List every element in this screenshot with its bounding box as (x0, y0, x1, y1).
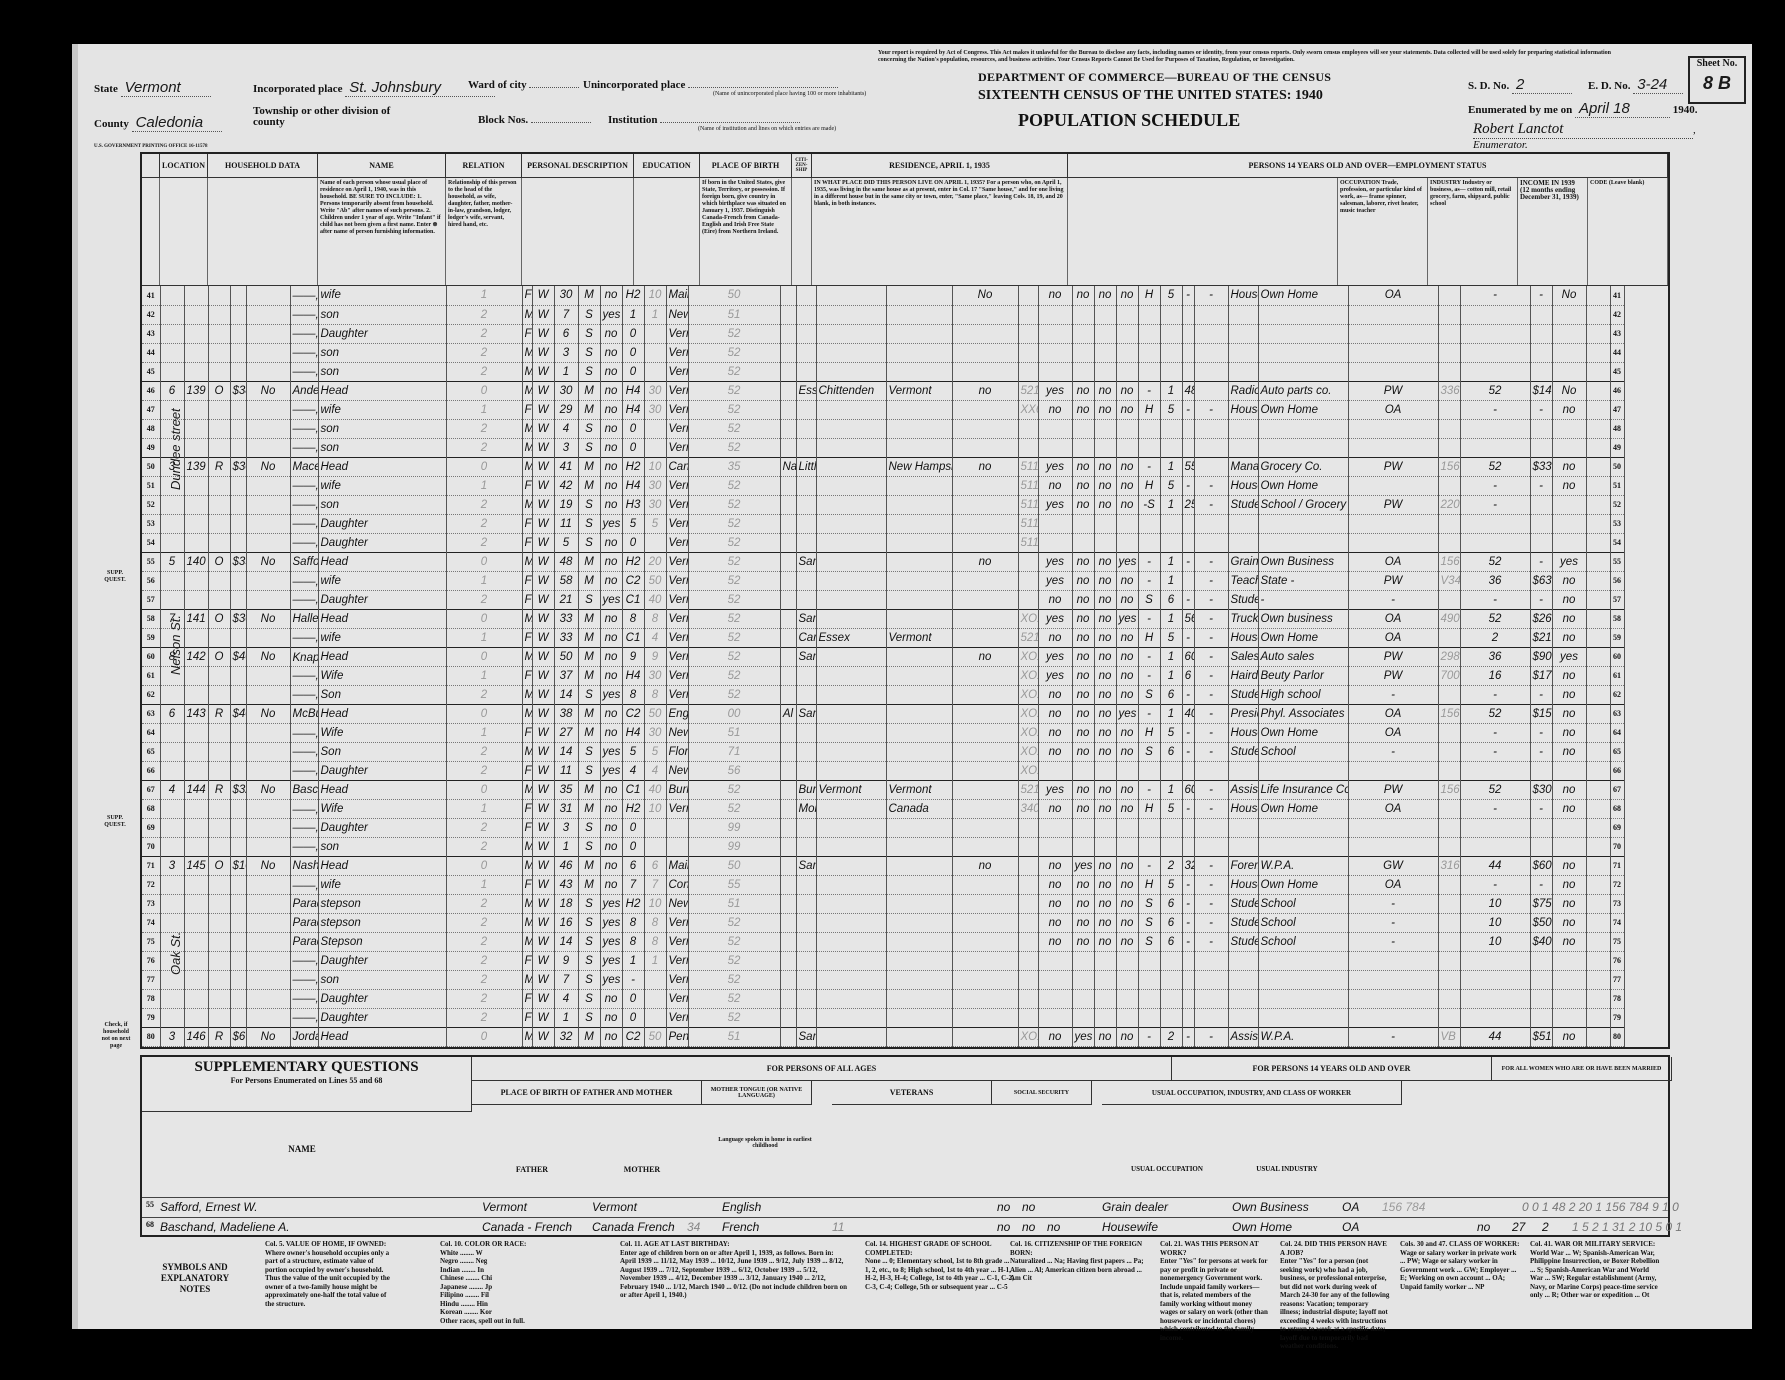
cell-race: W (532, 419, 554, 438)
cell-occ (1228, 438, 1258, 457)
cell-owned: R (208, 704, 230, 723)
confidentiality-notice: Your report is required by Act of Congre… (878, 50, 1638, 64)
cell-f: 316 V9 2 (1438, 856, 1460, 875)
cell-sex: F (522, 400, 532, 419)
cell-d: 5213 (1018, 628, 1038, 647)
cell-d (1018, 1008, 1038, 1027)
cell-w23 (1094, 324, 1116, 343)
note-col21: Col. 21. WAS THIS PERSON AT WORK?Enter "… (1160, 1240, 1270, 1342)
cell-age: 14 (554, 742, 578, 761)
cell-res19 (886, 970, 952, 989)
cell-farm (246, 362, 290, 381)
cell-res19 (886, 989, 952, 1008)
cell-f (1438, 742, 1460, 761)
cell-relation: wife (318, 286, 446, 305)
cell-res17: Burlington (796, 780, 816, 799)
cell-occ: Trucking (1228, 609, 1258, 628)
cell-a: 2 (446, 970, 522, 989)
cell-e (1160, 818, 1182, 837)
cell-h27: - (1194, 780, 1228, 799)
cell-hh (184, 894, 208, 913)
supplementary-title: SUPPLEMENTARY QUESTIONS For Persons Enum… (142, 1057, 472, 1112)
cell-occ (1228, 818, 1258, 837)
cell-a: 0 (446, 704, 522, 723)
cell-birth: Burlington Vermont (666, 780, 688, 799)
cell-grade: 5 (622, 742, 644, 761)
cell-b (644, 419, 666, 438)
cell-h26: - (1182, 875, 1194, 894)
cell-e: 1 (1160, 552, 1182, 571)
note-col41: Col. 41. WAR OR MILITARY SERVICE:World W… (1530, 1240, 1660, 1300)
cell-h26: - (1182, 932, 1194, 951)
cell-oth: no (1552, 400, 1586, 419)
cell-cit (780, 875, 796, 894)
table-row: 76——, Alice HDaughter2FW9Syes11Vermont52… (142, 951, 1668, 970)
cell-w23 (1094, 362, 1116, 381)
cell-wk: 10 (1460, 894, 1530, 913)
cell-name: Safford, Ernest W. (290, 552, 318, 571)
cell-oth (1552, 514, 1586, 533)
cell-school: no (600, 571, 622, 590)
cell-cls (1348, 419, 1438, 438)
cell-birth: Pennsylvania (666, 1027, 688, 1046)
cell-d (1018, 932, 1038, 951)
cell-age: 32 (554, 1027, 578, 1046)
cell-res18 (816, 932, 886, 951)
cell-w23: no (1094, 723, 1116, 742)
cell-inc: $176 (1530, 666, 1552, 685)
cell-owned (208, 875, 230, 894)
cell-w23: no (1094, 913, 1116, 932)
cell-cit (780, 856, 796, 875)
cell-d: XOXO (1018, 666, 1038, 685)
cell-_34 (1586, 742, 1610, 761)
cell-owned (208, 932, 230, 951)
line-number: 59 (142, 628, 160, 647)
cell-w25: S (1138, 742, 1160, 761)
cell-occ: Student / clerk (1228, 495, 1258, 514)
cell-a: 1 (446, 875, 522, 894)
cell-wk: 44 (1460, 1027, 1530, 1046)
cell-sex: M (522, 647, 532, 666)
cell-w21: yes (1038, 457, 1072, 476)
cell-res18 (816, 1008, 886, 1027)
cell-sex: M (522, 1027, 532, 1046)
cell-w21 (1038, 818, 1072, 837)
cell-e: 1 (1160, 381, 1182, 400)
section-headers: LOCATION HOUSEHOLD DATA NAME RELATION PE… (142, 154, 1668, 178)
cell-farm (246, 799, 290, 818)
ward-field: Ward of city (468, 79, 579, 91)
line-number: 50 (1610, 457, 1624, 476)
cell-_34 (1586, 457, 1610, 476)
cell-relation: son (318, 343, 446, 362)
social-security-header: SOCIAL SECURITY (992, 1081, 1092, 1105)
cell-grade: H2 (622, 286, 644, 305)
cell-cit (780, 647, 796, 666)
note-col16: Col. 16. CITIZENSHIP OF THE FOREIGN BORN… (1010, 1240, 1150, 1283)
cell-_34 (1586, 552, 1610, 571)
sd-number-field: S. D. No. 2 (1468, 76, 1572, 94)
cell-occ (1228, 343, 1258, 362)
cell-res18 (816, 590, 886, 609)
cell-owned (208, 533, 230, 552)
line-number: 49 (1610, 438, 1624, 457)
cell-res20 (952, 609, 1018, 628)
cell-w24 (1116, 362, 1138, 381)
cell-cit (780, 495, 796, 514)
cell-a: 2 (446, 913, 522, 932)
cell-sex: F (522, 514, 532, 533)
cell-marital: M (578, 856, 600, 875)
cell-w22: no (1072, 628, 1094, 647)
cell-a: 0 (446, 1027, 522, 1046)
cell-sex: M (522, 305, 532, 324)
cell-c: 35 (688, 457, 780, 476)
cell-h26: - (1182, 723, 1194, 742)
cell-w23: no (1094, 628, 1116, 647)
cell-w22: no (1072, 723, 1094, 742)
cell-grade: H2 (622, 552, 644, 571)
cell-res19 (886, 305, 952, 324)
cell-ind: Own business (1258, 609, 1348, 628)
cell-h27: - (1194, 647, 1228, 666)
cell-grade: 1 (622, 305, 644, 324)
cell-h26: - (1182, 552, 1194, 571)
cell-res18 (816, 742, 886, 761)
cell-marital: S (578, 362, 600, 381)
cell-res19 (886, 818, 952, 837)
cell-d: XOXO (1018, 704, 1038, 723)
cell-w22: no (1072, 742, 1094, 761)
cell-res19 (886, 723, 952, 742)
cell-hh (184, 1008, 208, 1027)
cell-d: XOXO (1018, 742, 1038, 761)
cell-_34 (1586, 970, 1610, 989)
cell-occ: Housewife (1228, 628, 1258, 647)
cell-b: 30 (644, 400, 666, 419)
cell-h27: - (1194, 666, 1228, 685)
line-number: 54 (142, 533, 160, 552)
cell-d (1018, 856, 1038, 875)
cell-w25: S (1138, 913, 1160, 932)
line-number: 70 (1610, 837, 1624, 856)
cell-h27: - (1194, 552, 1228, 571)
cell-inc (1530, 438, 1552, 457)
cell-farm (246, 533, 290, 552)
cell-birth: Vermont (666, 343, 688, 362)
cell-hh (184, 324, 208, 343)
cell-cit (780, 438, 796, 457)
cell-d (1018, 286, 1038, 305)
cell-w24: no (1116, 685, 1138, 704)
cell-w25: - (1138, 666, 1160, 685)
cell-grade: 0 (622, 362, 644, 381)
cell-oth: yes (1552, 552, 1586, 571)
cell-e: 6 (1160, 742, 1182, 761)
line-number: 41 (142, 286, 160, 305)
cell-res18 (816, 647, 886, 666)
cell-grade: H2 (622, 894, 644, 913)
cell-w24: no (1116, 590, 1138, 609)
cell-f (1438, 951, 1460, 970)
cell-f: 336 69 1 (1438, 381, 1460, 400)
cell-_34 (1586, 571, 1610, 590)
line-number: 71 (1610, 856, 1624, 875)
cell-res17 (796, 533, 816, 552)
line-number: 45 (142, 362, 160, 381)
cell-c: 52 (688, 324, 780, 343)
cell-res19: Canada (886, 799, 952, 818)
cell-age: 46 (554, 856, 578, 875)
section-education: EDUCATION (634, 154, 700, 177)
section-name: NAME (318, 154, 446, 177)
cell-h27 (1194, 457, 1228, 476)
cell-f (1438, 894, 1460, 913)
cell-oth: no (1552, 894, 1586, 913)
cell-birth: Vermont (666, 799, 688, 818)
cell-e: 5 (1160, 476, 1182, 495)
line-number: 67 (1610, 780, 1624, 799)
cell-oth (1552, 362, 1586, 381)
cell-w21: yes (1038, 609, 1072, 628)
cell-h26: - (1182, 1027, 1194, 1046)
supp-usual-industry-col: USUAL INDUSTRY (1232, 1157, 1342, 1181)
cell-e: 6 (1160, 913, 1182, 932)
cell-birth: Vermont (666, 647, 688, 666)
cell-_34 (1586, 495, 1610, 514)
cell-res17 (796, 913, 816, 932)
cell-occ (1228, 1008, 1258, 1027)
cell-res20 (952, 590, 1018, 609)
cell-ind (1258, 343, 1348, 362)
cell-ind: Own Home (1258, 628, 1348, 647)
cell-wk: - (1460, 723, 1530, 742)
cell-e: 1 (1160, 609, 1182, 628)
cell-b: 8 (644, 913, 666, 932)
cell-oth (1552, 818, 1586, 837)
table-row: 52——, Kieth S.son2MW19SnoH330Vermont5251… (142, 495, 1668, 514)
cell-school: no (600, 286, 622, 305)
cell-e (1160, 970, 1182, 989)
table-row: 674144R$32NoBaschand, Gaston C.Head0MW35… (142, 780, 1668, 799)
cell-w22: no (1072, 457, 1094, 476)
cell-w25 (1138, 362, 1160, 381)
cell-res18 (816, 875, 886, 894)
cell-value (230, 533, 246, 552)
cell-cls: - (1348, 590, 1438, 609)
cell-farm (246, 742, 290, 761)
cell-h26 (1182, 324, 1194, 343)
cell-_34 (1586, 894, 1610, 913)
cell-owned: O (208, 552, 230, 571)
cell-res18 (816, 514, 886, 533)
cell-res18 (816, 704, 886, 723)
cell-name: ——, Robert G. (290, 837, 318, 856)
table-row: 49——, Wayne N.son2MW3Sno0Vermont5249 (142, 438, 1668, 457)
cell-inc: - (1530, 799, 1552, 818)
cell-relation: Daughter (318, 533, 446, 552)
cell-birth: Vermont (666, 419, 688, 438)
cell-cls (1348, 989, 1438, 1008)
cell-occ: Student (1228, 913, 1258, 932)
cell-w22: no (1072, 590, 1094, 609)
table-row: 70——, Robert G.son2MW1Sno09970 (142, 837, 1668, 856)
cell-race: W (532, 761, 554, 780)
cell-value (230, 514, 246, 533)
cell-e: 5 (1160, 400, 1182, 419)
cell-cls (1348, 951, 1438, 970)
cell-relation: Daughter (318, 324, 446, 343)
cell-race: W (532, 704, 554, 723)
cell-race: W (532, 799, 554, 818)
cell-w21 (1038, 362, 1072, 381)
cell-b (644, 837, 666, 856)
line-number: 41 (1610, 286, 1624, 305)
table-row: 68——, Madeliene A. ⊗Wife1FW31MnoH210Verm… (142, 799, 1668, 818)
cell-h26: - (1182, 913, 1194, 932)
cell-relation: son (318, 495, 446, 514)
cell-f (1438, 685, 1460, 704)
cell-res17 (796, 970, 816, 989)
cell-birth: Vermont (666, 552, 688, 571)
cell-farm (246, 419, 290, 438)
cell-race: W (532, 970, 554, 989)
cell-w23: no (1094, 552, 1116, 571)
cell-farm (246, 723, 290, 742)
cell-marital: M (578, 780, 600, 799)
cell-owned (208, 305, 230, 324)
cell-w24 (1116, 305, 1138, 324)
cell-school: no (600, 647, 622, 666)
cell-w25 (1138, 419, 1160, 438)
cell-cls: OA (1348, 723, 1438, 742)
cell-res20: no (952, 457, 1018, 476)
cell-farm (246, 305, 290, 324)
schedule-title: POPULATION SCHEDULE (1018, 110, 1240, 131)
cell-res17: Same Place (796, 609, 816, 628)
cell-e: 1 (1160, 647, 1182, 666)
cell-w24: no (1116, 1027, 1138, 1046)
cell-school: no (600, 533, 622, 552)
cell-birth: Vermont (666, 533, 688, 552)
cell-oth: no (1552, 476, 1586, 495)
cell-w23: no (1094, 476, 1116, 495)
cell-owned (208, 913, 230, 932)
cell-birth: Vermont (666, 609, 688, 628)
residence-instructions: IN WHAT PLACE DID THIS PERSON LIVE ON AP… (812, 178, 1068, 285)
cell-name: Paradis, Ronald A. (290, 932, 318, 951)
cell-e (1160, 343, 1182, 362)
cell-f (1438, 913, 1460, 932)
cell-h26 (1182, 343, 1194, 362)
cell-f (1438, 875, 1460, 894)
cell-owned (208, 970, 230, 989)
cell-house (160, 761, 184, 780)
cell-ind: Grocery Co. (1258, 457, 1348, 476)
cell-d: 5114 (1018, 533, 1038, 552)
line-number: 57 (1610, 590, 1624, 609)
cell-res20 (952, 799, 1018, 818)
cell-cit (780, 343, 796, 362)
cell-cls: OA (1348, 799, 1438, 818)
cell-res19 (886, 362, 952, 381)
cell-a: 1 (446, 666, 522, 685)
cell-school: no (600, 1008, 622, 1027)
cell-cit (780, 533, 796, 552)
cell-school: no (600, 476, 622, 495)
cell-h26: 60 (1182, 780, 1194, 799)
cell-b (644, 970, 666, 989)
cell-res19 (886, 932, 952, 951)
cell-c: 52 (688, 476, 780, 495)
cell-w24: no (1116, 780, 1138, 799)
cell-age: 18 (554, 894, 578, 913)
cell-_34 (1586, 400, 1610, 419)
cell-occ (1228, 324, 1258, 343)
cell-owned (208, 476, 230, 495)
cell-res17 (796, 818, 816, 837)
cell-owned (208, 799, 230, 818)
cell-wk (1460, 419, 1530, 438)
institution-field: Institution (Name of institution and lin… (608, 114, 836, 132)
cell-e: 5 (1160, 286, 1182, 305)
cell-h27: - (1194, 571, 1228, 590)
cell-res19 (886, 1027, 952, 1046)
cell-age: 31 (554, 799, 578, 818)
note-col10: Col. 10. COLOR OR RACE:White ........ WN… (440, 1240, 590, 1325)
cell-_34 (1586, 609, 1610, 628)
printer-line: U.S. GOVERNMENT PRINTING OFFICE 16-11578 (94, 144, 208, 149)
cell-house (160, 837, 184, 856)
cell-oth: no (1552, 780, 1586, 799)
cell-w24: no (1116, 799, 1138, 818)
cell-cit (780, 514, 796, 533)
cell-inc: $3380 (1530, 457, 1552, 476)
cell-hh (184, 951, 208, 970)
cell-_34 (1586, 951, 1610, 970)
cell-w23: no (1094, 742, 1116, 761)
cell-d: XOXO (1018, 761, 1038, 780)
cell-value (230, 742, 246, 761)
cell-f (1438, 799, 1460, 818)
cell-wk: - (1460, 286, 1530, 305)
cell-cls (1348, 362, 1438, 381)
cell-w25: H (1138, 723, 1160, 742)
cell-relation: son (318, 305, 446, 324)
cell-grade: 8 (622, 932, 644, 951)
cell-oth (1552, 1008, 1586, 1027)
cell-value (230, 913, 246, 932)
cell-sex: M (522, 552, 532, 571)
cell-res17 (796, 989, 816, 1008)
section-citizenship: CITI-ZEN-SHIP (792, 154, 812, 177)
cell-w24: no (1116, 628, 1138, 647)
cell-grade: 5 (622, 514, 644, 533)
cell-w21: no (1038, 913, 1072, 932)
cell-h27: - (1194, 609, 1228, 628)
cell-h27: - (1194, 685, 1228, 704)
line-number: 64 (142, 723, 160, 742)
industry-instructions: INDUSTRY Industry or business, as— cotto… (1428, 178, 1518, 285)
line-number: 68 (1610, 799, 1624, 818)
cell-marital: S (578, 761, 600, 780)
cell-h27: - (1194, 1027, 1228, 1046)
cell-w23: no (1094, 571, 1116, 590)
supp-mother-col: MOTHER (592, 1157, 692, 1181)
cell-grade: 0 (622, 438, 644, 457)
cell-race: W (532, 552, 554, 571)
